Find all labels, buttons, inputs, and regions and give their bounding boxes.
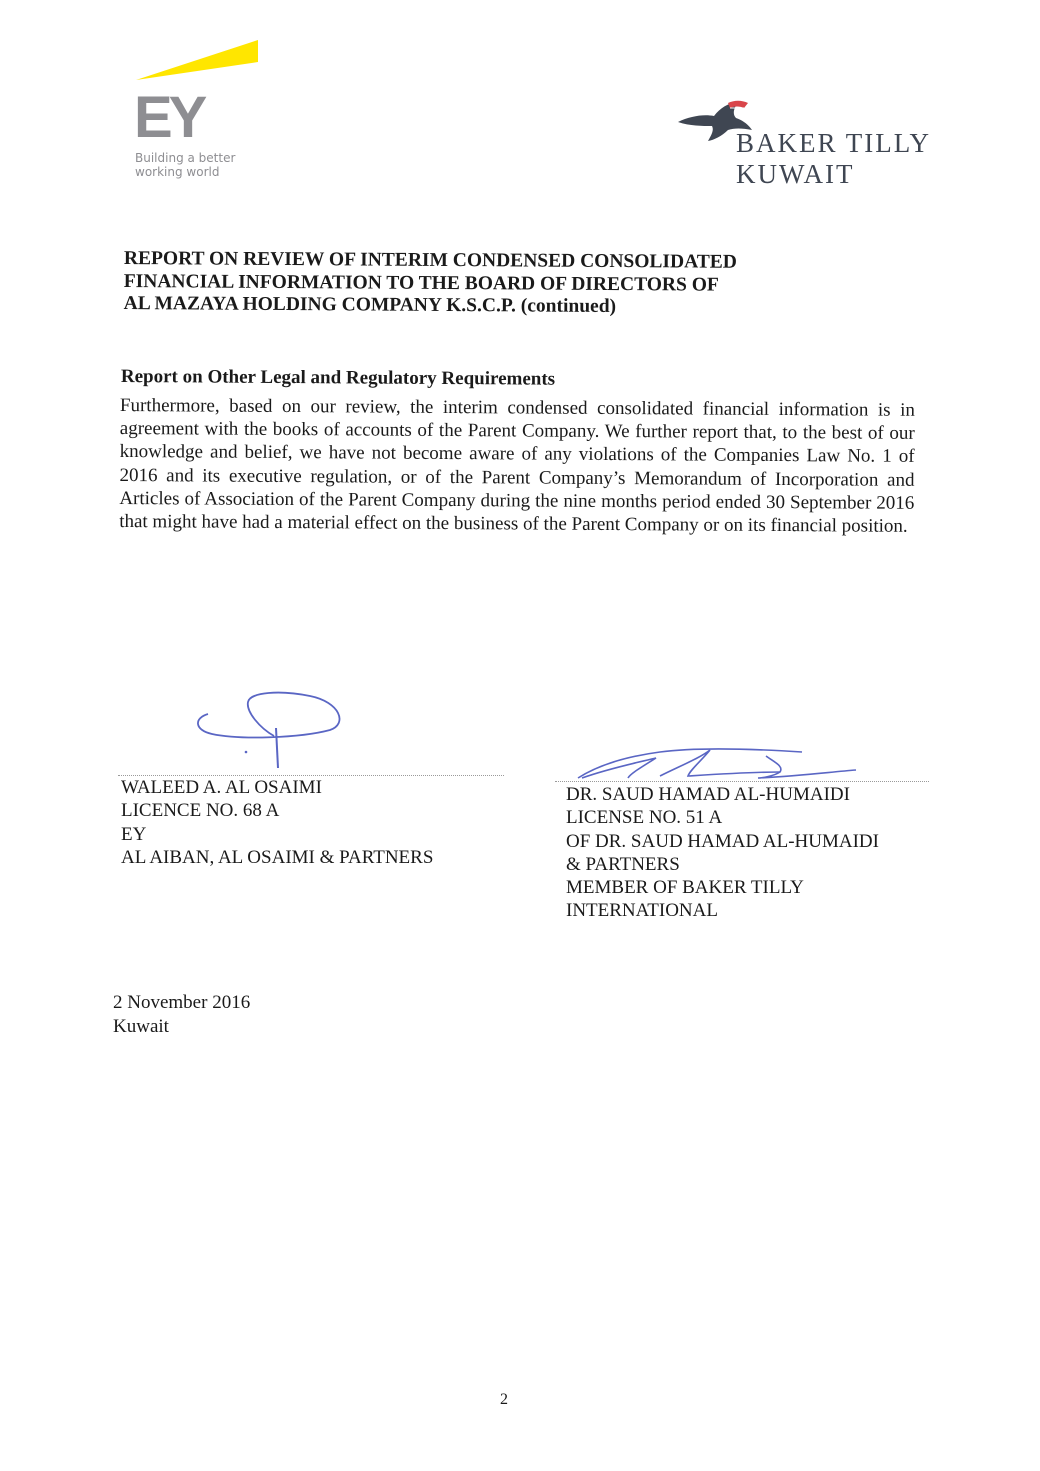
ey-tagline-line-1: Building a better [135, 151, 235, 165]
section-paragraph: Furthermore, based on our review, the in… [119, 394, 915, 538]
signature-1-icon [190, 688, 350, 770]
signer-1-name: WALEED A. AL OSAIMI [121, 776, 433, 799]
report-place: Kuwait [113, 1015, 250, 1039]
report-title: REPORT ON REVIEW OF INTERIM CONDENSED CO… [124, 248, 844, 320]
baker-tilly-name: BAKER TILLY KUWAIT [736, 128, 931, 190]
baker-tilly-line-1: BAKER TILLY [736, 128, 931, 159]
signer-2-membership-cont: INTERNATIONAL [566, 899, 879, 922]
signer-1-licence: LICENCE NO. 68 A [121, 799, 433, 822]
signer-2-partners: & PARTNERS [566, 853, 879, 876]
date-place-block: 2 November 2016 Kuwait [113, 991, 250, 1039]
baker-tilly-line-2: KUWAIT [736, 159, 931, 190]
signer-2-details: DR. SAUD HAMAD AL-HUMAIDI LICENSE NO. 51… [566, 783, 879, 923]
report-title-line-3: AL MAZAYA HOLDING COMPANY K.S.C.P. (cont… [124, 293, 844, 320]
signer-2-firm: OF DR. SAUD HAMAD AL-HUMAIDI [566, 830, 879, 853]
signer-1-firm: EY [121, 823, 433, 846]
report-date: 2 November 2016 [113, 991, 250, 1015]
ey-tagline: Building a better working world [135, 151, 235, 179]
signature-2-icon [570, 742, 860, 786]
ey-logo-mark: EY [134, 92, 203, 144]
signer-2-license: LICENSE NO. 51 A [566, 806, 879, 829]
page-number: 2 [500, 1391, 508, 1409]
signer-1-details: WALEED A. AL OSAIMI LICENCE NO. 68 A EY … [121, 776, 433, 869]
ey-tagline-line-2: working world [135, 165, 235, 179]
ey-beam-icon [136, 40, 260, 84]
signer-2-membership: MEMBER OF BAKER TILLY [566, 876, 879, 899]
signer-1-partners: AL AIBAN, AL OSAIMI & PARTNERS [121, 846, 433, 869]
section-heading: Report on Other Legal and Regulatory Req… [121, 366, 555, 391]
signer-2-name: DR. SAUD HAMAD AL-HUMAIDI [566, 783, 879, 806]
